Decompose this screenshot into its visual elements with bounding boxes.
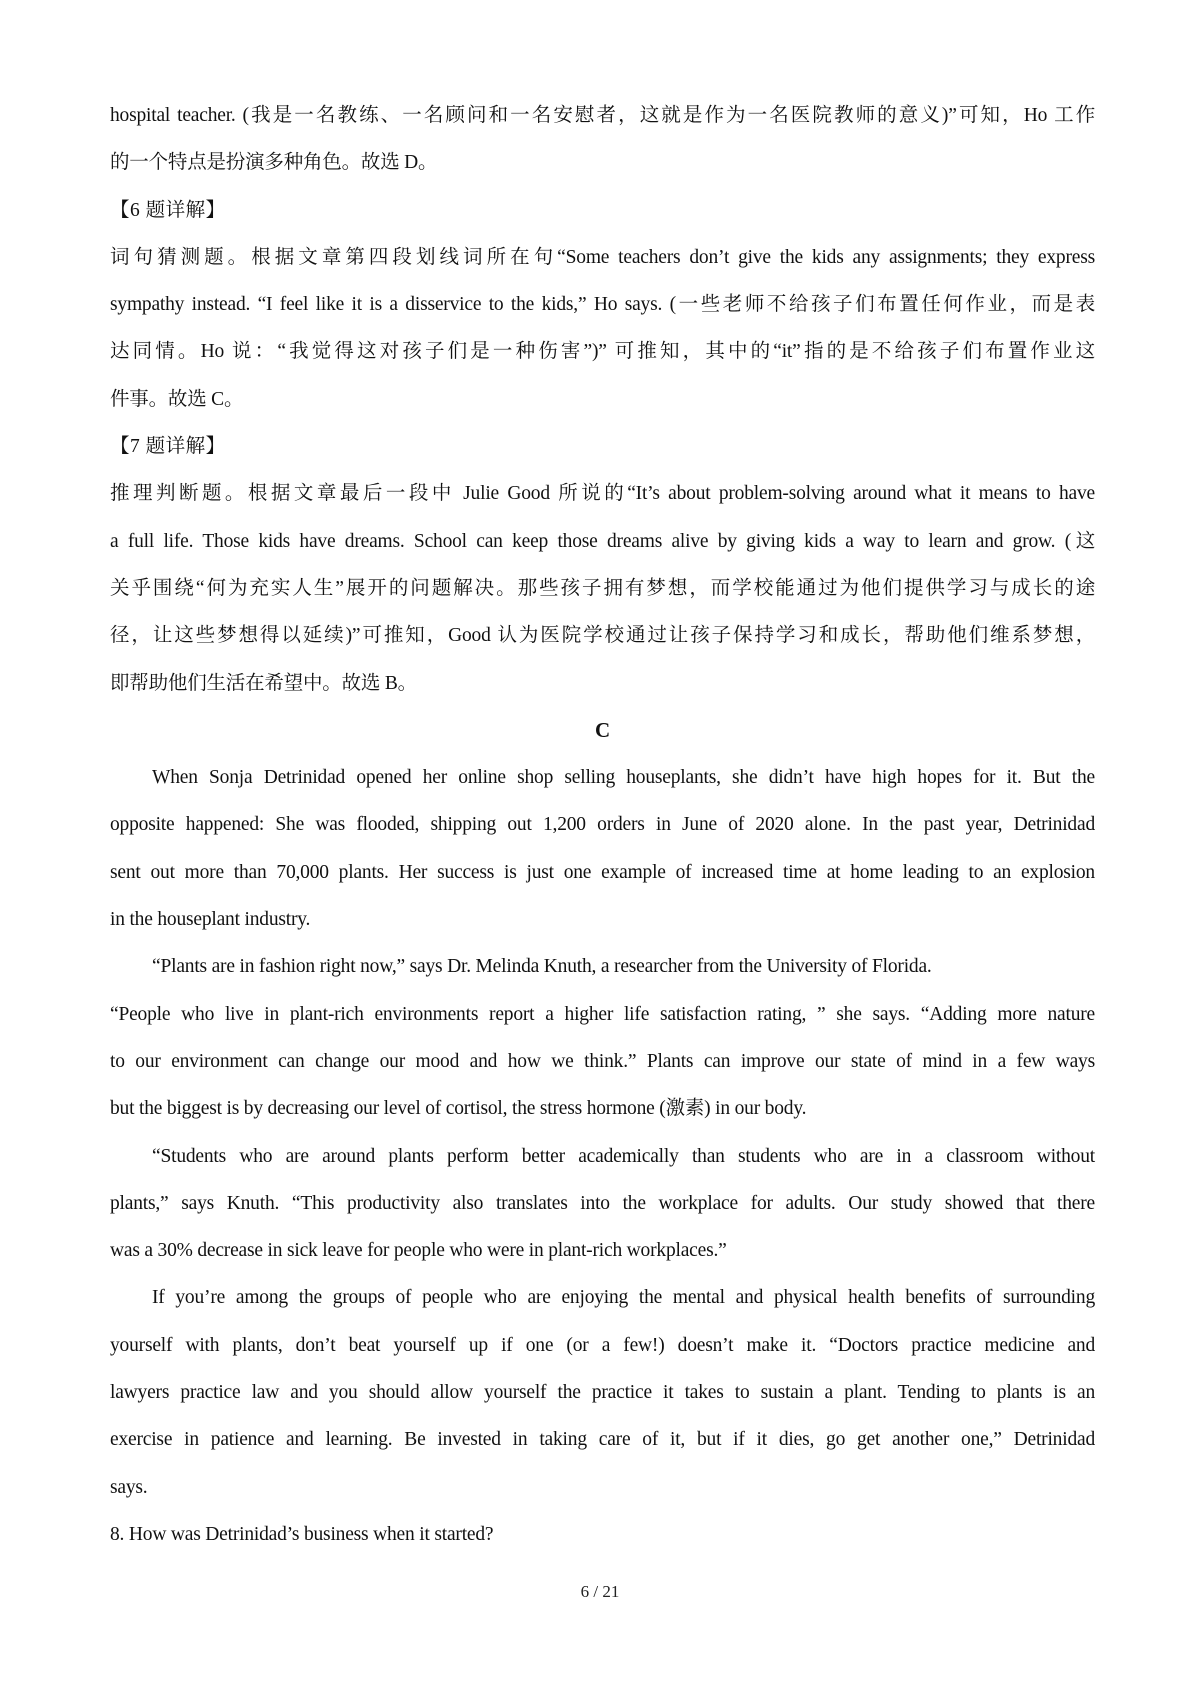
passage-line: “Plants are in fashion right now,” says … (110, 943, 1095, 990)
passage-c-heading: C (110, 707, 1095, 754)
document-page: hospital teacher. (我是一名教练、一名顾问和一名安慰者，这就是… (110, 92, 1095, 1558)
passage-line: sent out more than 70,000 plants. Her su… (110, 849, 1095, 896)
answer-explanation-line: 件事。故选 C。 (110, 376, 1095, 423)
passage-line: plants,” says Knuth. “This productivity … (110, 1180, 1095, 1227)
passage-line: “Students who are around plants perform … (110, 1133, 1095, 1180)
question-7-detail-heading: 【7 题详解】 (110, 423, 1095, 470)
answer-explanation-line: 的一个特点是扮演多种角色。故选 D。 (110, 139, 1095, 186)
answer-explanation-line: hospital teacher. (我是一名教练、一名顾问和一名安慰者，这就是… (110, 92, 1095, 139)
answer-explanation-line: 关乎围绕“何为充实人生”展开的问题解决。那些孩子拥有梦想，而学校能通过为他们提供… (110, 565, 1095, 612)
passage-line: exercise in patience and learning. Be in… (110, 1416, 1095, 1463)
answer-explanation-line: 达同情。Ho 说：“我觉得这对孩子们是一种伤害”)” 可推知，其中的“it”指的… (110, 328, 1095, 375)
passage-line: but the biggest is by decreasing our lev… (110, 1085, 1095, 1132)
page-number: 6 / 21 (0, 1582, 1200, 1602)
answer-explanation-line: a full life. Those kids have dreams. Sch… (110, 518, 1095, 565)
question-8-stem: 8. How was Detrinidad’s business when it… (110, 1511, 1095, 1558)
passage-line: yourself with plants, don’t beat yoursel… (110, 1322, 1095, 1369)
passage-line: lawyers practice law and you should allo… (110, 1369, 1095, 1416)
passage-line: opposite happened: She was flooded, ship… (110, 801, 1095, 848)
answer-explanation-line: 即帮助他们生活在希望中。故选 B。 (110, 660, 1095, 707)
passage-line: If you’re among the groups of people who… (110, 1274, 1095, 1321)
passage-line: in the houseplant industry. (110, 896, 1095, 943)
passage-line: When Sonja Detrinidad opened her online … (110, 754, 1095, 801)
passage-line: says. (110, 1464, 1095, 1511)
answer-explanation-line: 径，让这些梦想得以延续)”可推知，Good 认为医院学校通过让孩子保持学习和成长… (110, 612, 1095, 659)
answer-explanation-line: 推理判断题。根据文章最后一段中 Julie Good 所说的“It’s abou… (110, 470, 1095, 517)
answer-explanation-line: sympathy instead. “I feel like it is a d… (110, 281, 1095, 328)
passage-line: was a 30% decrease in sick leave for peo… (110, 1227, 1095, 1274)
question-6-detail-heading: 【6 题详解】 (110, 187, 1095, 234)
passage-line: “People who live in plant-rich environme… (110, 991, 1095, 1038)
answer-explanation-line: 词句猜测题。根据文章第四段划线词所在句“Some teachers don’t … (110, 234, 1095, 281)
passage-line: to our environment can change our mood a… (110, 1038, 1095, 1085)
